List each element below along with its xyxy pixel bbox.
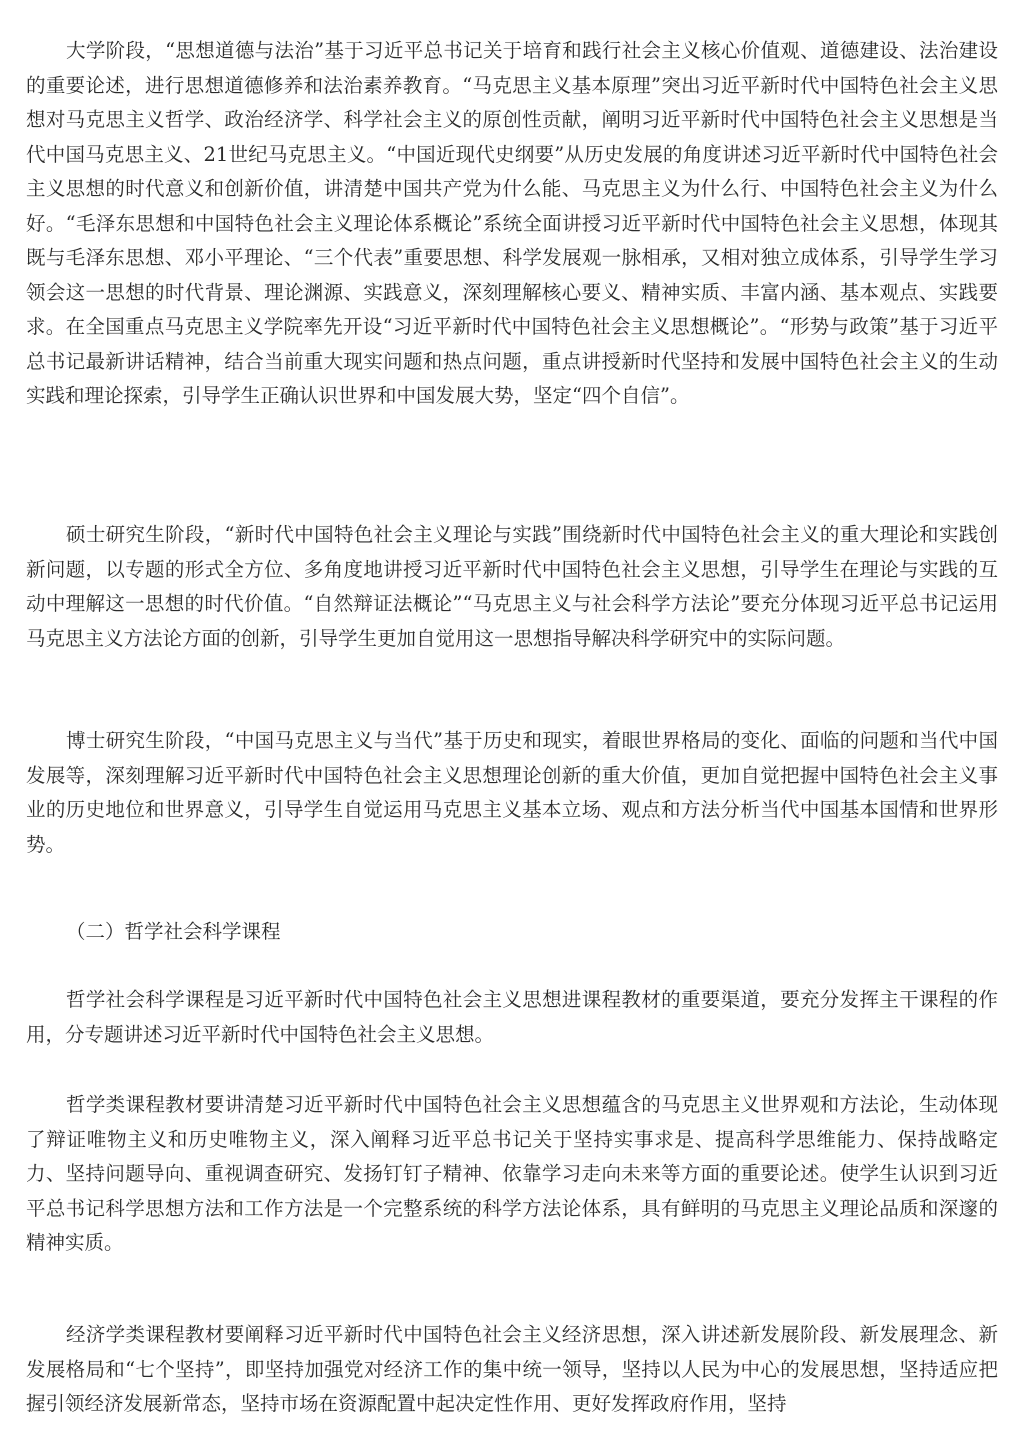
- paragraph-master-stage: 硕士研究生阶段，“新时代中国特色社会主义理论与实践”围绕新时代中国特色社会主义的…: [26, 518, 998, 656]
- paragraph-economics-courses: 经济学类课程教材要阐释习近平新时代中国特色社会主义经济思想，深入讲述新发展阶段、…: [26, 1318, 998, 1422]
- paragraph-undergraduate-stage: 大学阶段，“思想道德与法治”基于习近平总书记关于培育和践行社会主义核心价值观、道…: [26, 34, 998, 414]
- paragraph-philosophy-social-science-intro: 哲学社会科学课程是习近平新时代中国特色社会主义思想进课程教材的重要渠道，要充分发…: [26, 983, 998, 1052]
- paragraph-philosophy-courses: 哲学类课程教材要讲清楚习近平新时代中国特色社会主义思想蕴含的马克思主义世界观和方…: [26, 1088, 998, 1261]
- paragraph-doctoral-stage: 博士研究生阶段，“中国马克思主义与当代”基于历史和现实，着眼世界格局的变化、面临…: [26, 724, 998, 862]
- document-page: 大学阶段，“思想道德与法治”基于习近平总书记关于培育和践行社会主义核心价值观、道…: [0, 0, 1024, 1449]
- section-heading-philosophy-social-science: （二）哲学社会科学课程: [66, 915, 281, 950]
